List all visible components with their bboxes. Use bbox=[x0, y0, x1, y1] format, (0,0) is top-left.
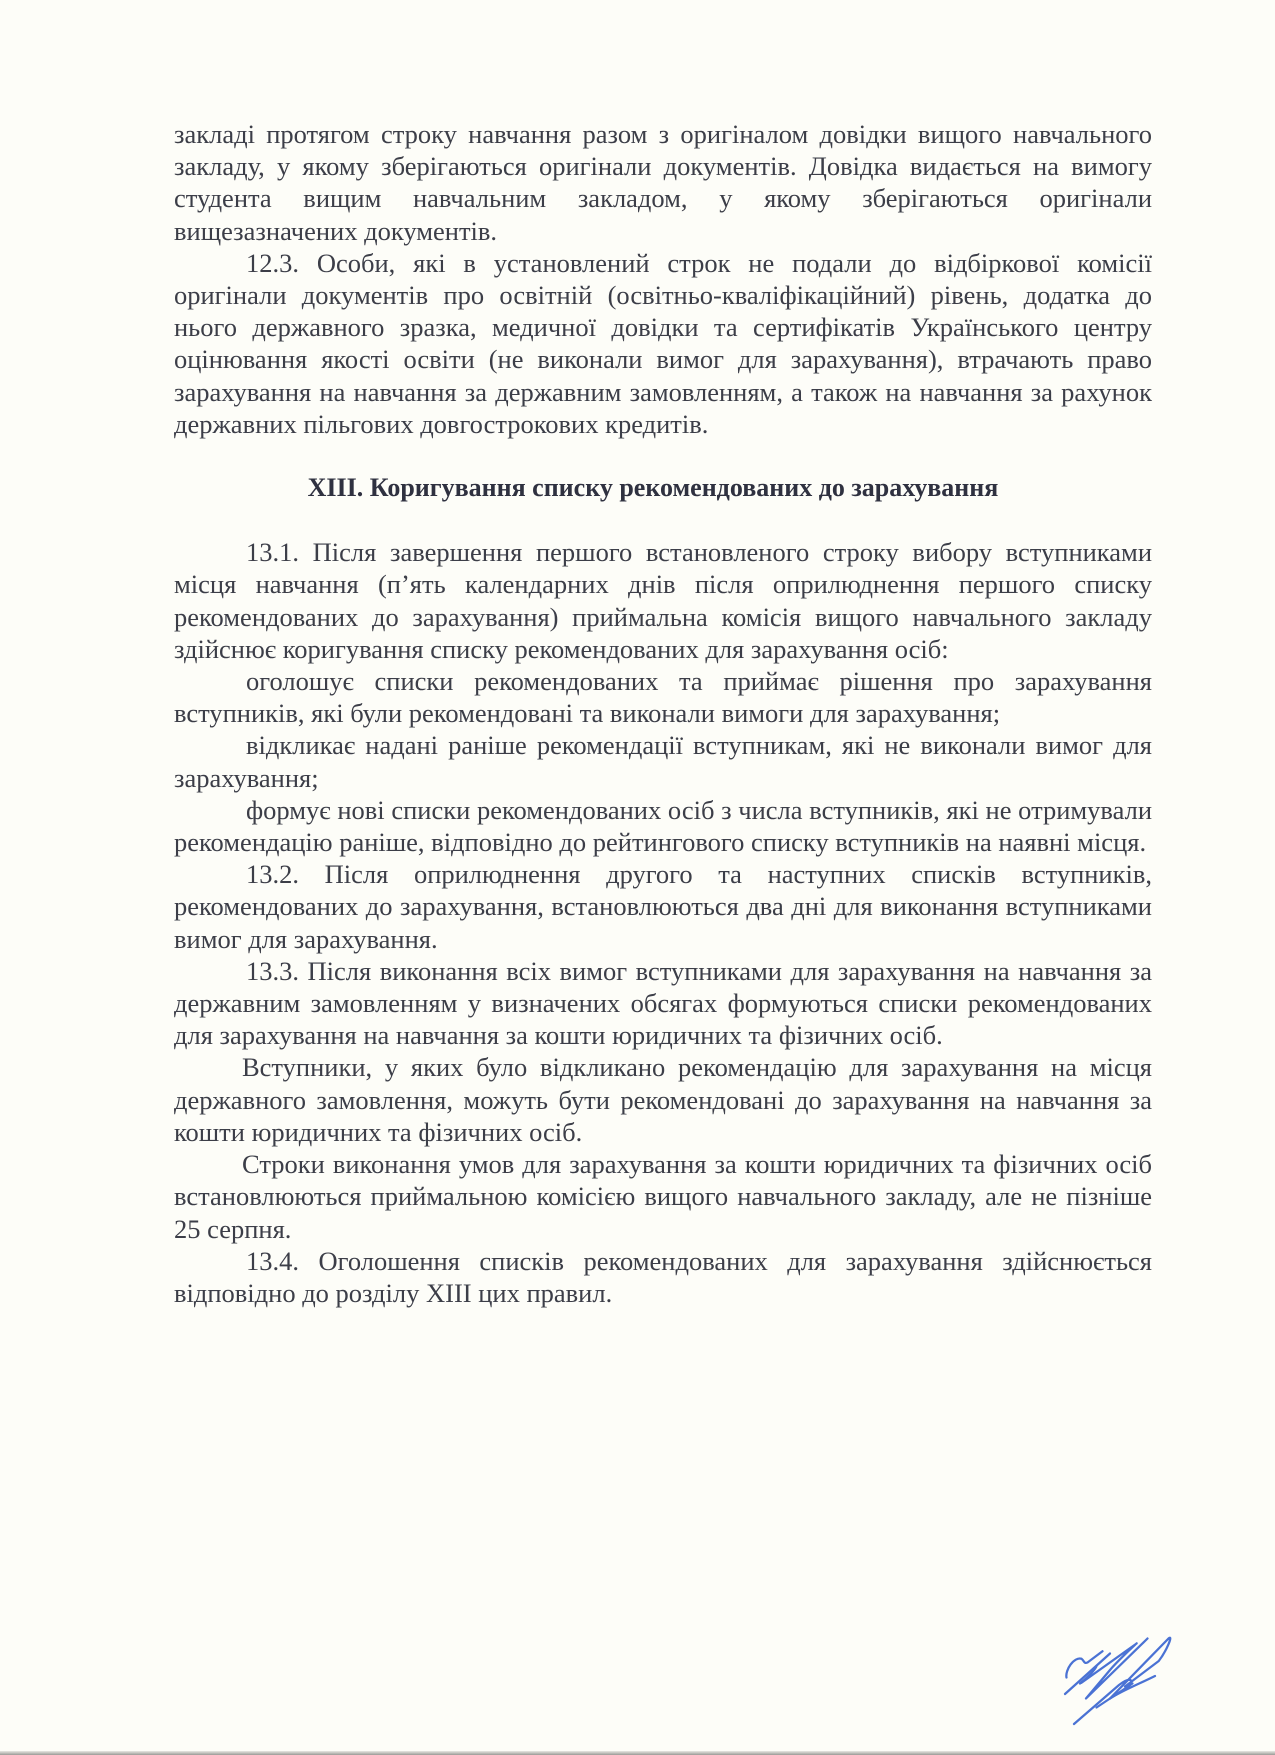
paragraph-13-3-revoked-applicants: Вступники, у яких було відкликано рекоме… bbox=[174, 1051, 1152, 1148]
paragraph-13-1-item-new-lists: формує нові списки рекомендованих осіб з… bbox=[174, 794, 1152, 858]
paragraph-continuation-12-2: закладі протягом строку навчання разом з… bbox=[174, 118, 1152, 247]
paragraph-13-3-deadlines: Строки виконання умов для зарахування за… bbox=[174, 1148, 1152, 1245]
paragraph-13-1-item-revoke: відкликає надані раніше рекомендації вст… bbox=[174, 729, 1152, 793]
paragraph-12-3: 12.3. Особи, які в установлений строк не… bbox=[174, 247, 1152, 440]
document-body: закладі протягом строку навчання разом з… bbox=[174, 118, 1152, 1309]
scan-edge bbox=[0, 1751, 1275, 1755]
paragraph-13-2: 13.2. Після оприлюднення другого та наст… bbox=[174, 858, 1152, 955]
scanned-page: закладі протягом строку навчання разом з… bbox=[0, 0, 1275, 1755]
paragraph-13-3: 13.3. Після виконання всіх вимог вступни… bbox=[174, 955, 1152, 1052]
paragraph-13-1: 13.1. Після завершення першого встановле… bbox=[174, 536, 1152, 665]
signature-icon bbox=[1030, 1595, 1190, 1745]
paragraph-13-1-item-announce: оголошує списки рекомендованих та прийма… bbox=[174, 665, 1152, 729]
paragraph-13-4: 13.4. Оголошення списків рекомендованих … bbox=[174, 1245, 1152, 1309]
section-heading: XIII. Коригування списку рекомендованих … bbox=[174, 472, 1152, 504]
